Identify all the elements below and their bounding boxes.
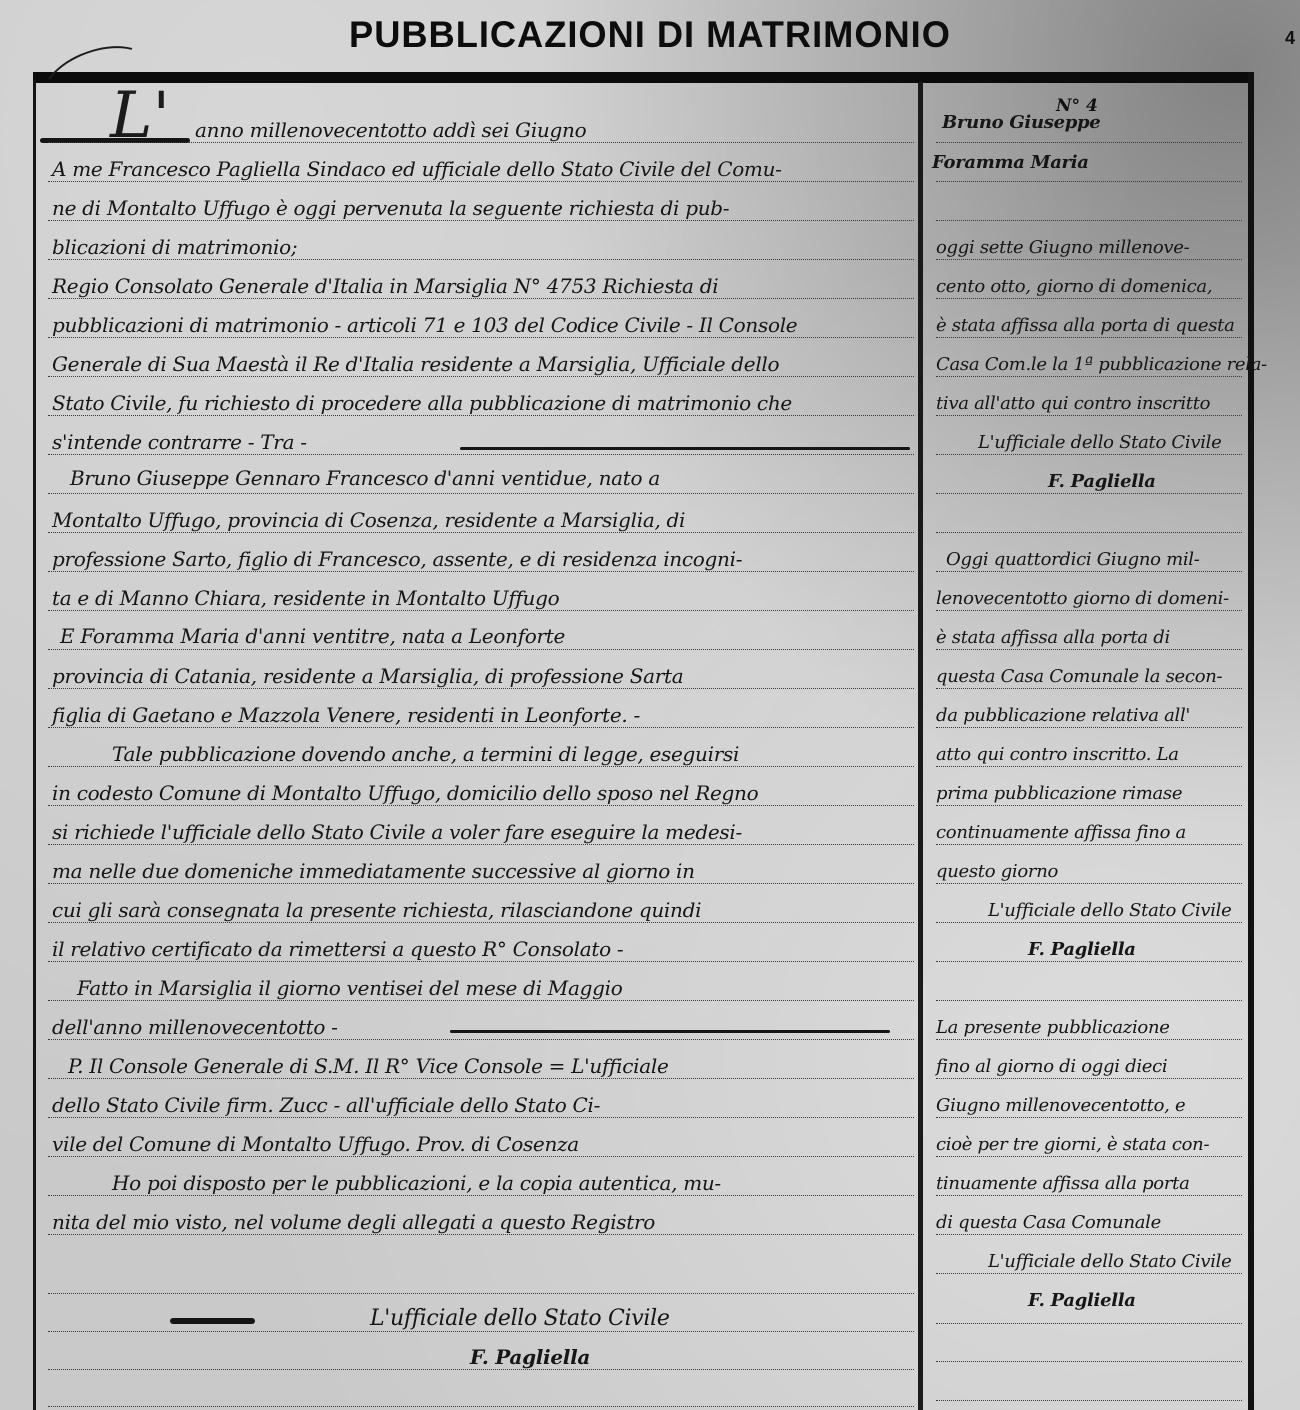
entry-line: si richiede l'ufficiale dello Stato Civi… [52,820,742,844]
first-publication-signature-name: F. Pagliella [1048,471,1156,492]
ruled-line [936,532,1242,533]
final-certificate-line: Giugno millenovecentotto, e [936,1095,1185,1116]
ruled-line [936,298,1242,299]
ruled-line [936,1400,1242,1401]
second-publication-line: è stata affissa alla porta di [936,627,1170,648]
ruled-line [48,454,914,455]
ruled-line [936,1234,1242,1235]
ruled-line [936,1273,1242,1274]
ruled-line [936,337,1242,338]
second-publication-line: Oggi quattordici Giugno mil- [946,549,1200,570]
ruled-line [48,220,914,221]
final-certificate-line: cioè per tre giorni, è stata con- [936,1134,1209,1155]
entry-line: professione Sarto, figlio di Francesco, … [52,547,742,571]
ruled-line [48,922,914,923]
ruled-line [936,688,1242,689]
ruled-line [936,1156,1242,1157]
line-end-dash [450,1030,890,1033]
ruled-line [936,1117,1242,1118]
ruled-line [48,844,914,845]
ruled-line [48,1000,914,1001]
ruled-line [936,1039,1242,1040]
ruled-line [936,1078,1242,1079]
page-number: 4 [1285,28,1295,49]
ruled-line [936,1195,1242,1196]
ruled-line [48,298,914,299]
entry-line: vile del Comune di Montalto Uffugo. Prov… [52,1132,579,1156]
signature-name: F. Pagliella [470,1345,590,1369]
final-certificate-line: fino al giorno di oggi dieci [936,1056,1167,1077]
final-certificate-line: La presente pubblicazione [936,1017,1170,1038]
ruled-line [48,883,914,884]
entry-line: il relativo certificato da rimettersi a … [52,937,623,961]
entry-line: Fatto in Marsiglia il giorno ventisei de… [52,976,622,1000]
ruled-line [936,493,1242,494]
second-publication-line: questa Casa Comunale la secon- [936,666,1222,687]
signature-flourish [170,1318,255,1324]
entry-line: Tale pubblicazione dovendo anche, a term… [52,742,739,766]
second-publication-signature-name: F. Pagliella [1028,939,1136,960]
ruled-line [48,649,914,650]
entry-line: Generale di Sua Maestà il Re d'Italia re… [52,352,779,376]
frame-right-border [1248,72,1254,1410]
ruled-line [936,376,1242,377]
ruled-line [936,415,1242,416]
ruled-line [48,181,914,182]
second-publication-line: continuamente affissa fino a [936,822,1186,843]
second-publication-line: questo giorno [936,861,1058,882]
ruled-line [936,922,1242,923]
entry-line: ta e di Manno Chiara, residente in Monta… [52,586,559,610]
entry-line: s'intende contrarre - Tra - [52,430,307,454]
ruled-line [936,961,1242,962]
ruled-line [48,1078,914,1079]
ruled-line [48,532,914,533]
ruled-line [936,883,1242,884]
second-publication-line: atto qui contro inscritto. La [936,744,1179,765]
ruled-line [48,1331,914,1332]
ruled-line [48,1117,914,1118]
entry-line: provincia di Catania, residente a Marsig… [52,664,683,688]
second-publication-line: lenovecentotto giorno di domeni- [936,588,1229,609]
entry-line: pubblicazioni di matrimonio - articoli 7… [52,313,797,337]
ruled-line [936,805,1242,806]
ruled-line [936,181,1242,182]
ruled-line [936,1361,1242,1362]
ruled-line [48,961,914,962]
first-publication-signature-title: L'ufficiale dello Stato Civile [978,432,1221,453]
first-publication-line: cento otto, giorno di domenica, [936,276,1212,297]
ruled-line [936,844,1242,845]
first-publication-line: Casa Com.le la 1ª pubblicazione rela- [936,354,1267,375]
entry-line: A me Francesco Pagliella Sindaco ed uffi… [52,157,782,181]
ruled-line [48,727,914,728]
entry-line: ma nelle due domeniche immediatamente su… [52,859,695,883]
entry-line: Stato Civile, fu richiesto di procedere … [52,391,792,415]
ruled-line [48,805,914,806]
ruled-line [48,376,914,377]
page-title: PUBBLICAZIONI DI MATRIMONIO [13,14,1287,56]
entry-line: dell'anno millenovecentotto - [52,1015,338,1039]
entry-line: Montalto Uffugo, provincia di Cosenza, r… [52,508,685,532]
bride-name-line: E Foramma Maria d'anni ventitre, nata a … [60,624,565,648]
ruled-line [48,1234,914,1235]
groom-name-line: Bruno Giuseppe Gennaro Francesco d'anni … [70,466,660,490]
ruled-line [936,1323,1242,1324]
ruled-line [48,493,914,494]
line-end-dash [460,447,910,450]
ruled-line [48,1156,914,1157]
first-publication-line: è stata affissa alla porta di questa [936,315,1235,336]
ruled-line [936,142,1242,143]
first-publication-line: oggi sette Giugno millenove- [936,237,1189,258]
entry-line: Regio Consolato Generale d'Italia in Mar… [52,274,718,298]
ruled-line [48,142,914,143]
final-certificate-signature-title: L'ufficiale dello Stato Civile [988,1251,1231,1272]
entry-line: Ho poi disposto per le pubblicazioni, e … [52,1171,721,1195]
entry-line: anno millenovecentotto addì sei Giugno [195,118,586,142]
entry-line: dello Stato Civile firm. Zucc - all'uffi… [52,1093,600,1117]
final-certificate-signature-name: F. Pagliella [1028,1290,1136,1311]
entry-line: blicazioni di matrimonio; [52,235,297,259]
ruled-line [48,610,914,611]
ruled-line [936,1000,1242,1001]
ruled-line [936,259,1242,260]
ruled-line [48,259,914,260]
ruled-line [48,1039,914,1040]
ruled-line [48,1195,914,1196]
first-publication-line: tiva all'atto qui contro inscritto [936,393,1210,414]
ruled-line [936,454,1242,455]
entry-line: in codesto Comune di Montalto Uffugo, do… [52,781,758,805]
signature-title: L'ufficiale dello Stato Civile [370,1306,670,1331]
entry-line: nita del mio visto, nel volume degli all… [52,1210,655,1234]
ruled-line [48,571,914,572]
entry-line: figlia di Gaetano e Mazzola Venere, resi… [52,703,640,727]
second-publication-line: prima pubblicazione rimase [936,783,1182,804]
ruled-line [48,1293,914,1294]
ruled-line [936,766,1242,767]
second-publication-line: da pubblicazione relativa all' [936,705,1190,726]
ruled-line [936,727,1242,728]
ruled-line [48,1369,914,1370]
ruled-line [48,688,914,689]
ruled-line [936,649,1242,650]
column-divider [918,82,923,1410]
bride-name: Foramma Maria [932,152,1089,173]
ruled-line [936,571,1242,572]
final-certificate-line: tinuamente affissa alla porta [936,1173,1190,1194]
ruled-line [48,766,914,767]
ruled-line [936,220,1242,221]
ruled-line [48,1406,914,1407]
frame-top-border [33,72,1253,83]
entry-line: P. Il Console Generale di S.M. Il R° Vic… [68,1054,669,1078]
groom-name: Bruno Giuseppe [942,112,1100,133]
ruled-line [936,610,1242,611]
entry-line: cui gli sarà consegnata la presente rich… [52,898,701,922]
frame-left-border [33,80,36,1410]
second-publication-signature-title: L'ufficiale dello Stato Civile [988,900,1231,921]
final-certificate-line: di questa Casa Comunale [936,1212,1161,1233]
entry-line: ne di Montalto Uffugo è oggi pervenuta l… [52,196,729,220]
ruled-line [48,415,914,416]
ruled-line [48,337,914,338]
